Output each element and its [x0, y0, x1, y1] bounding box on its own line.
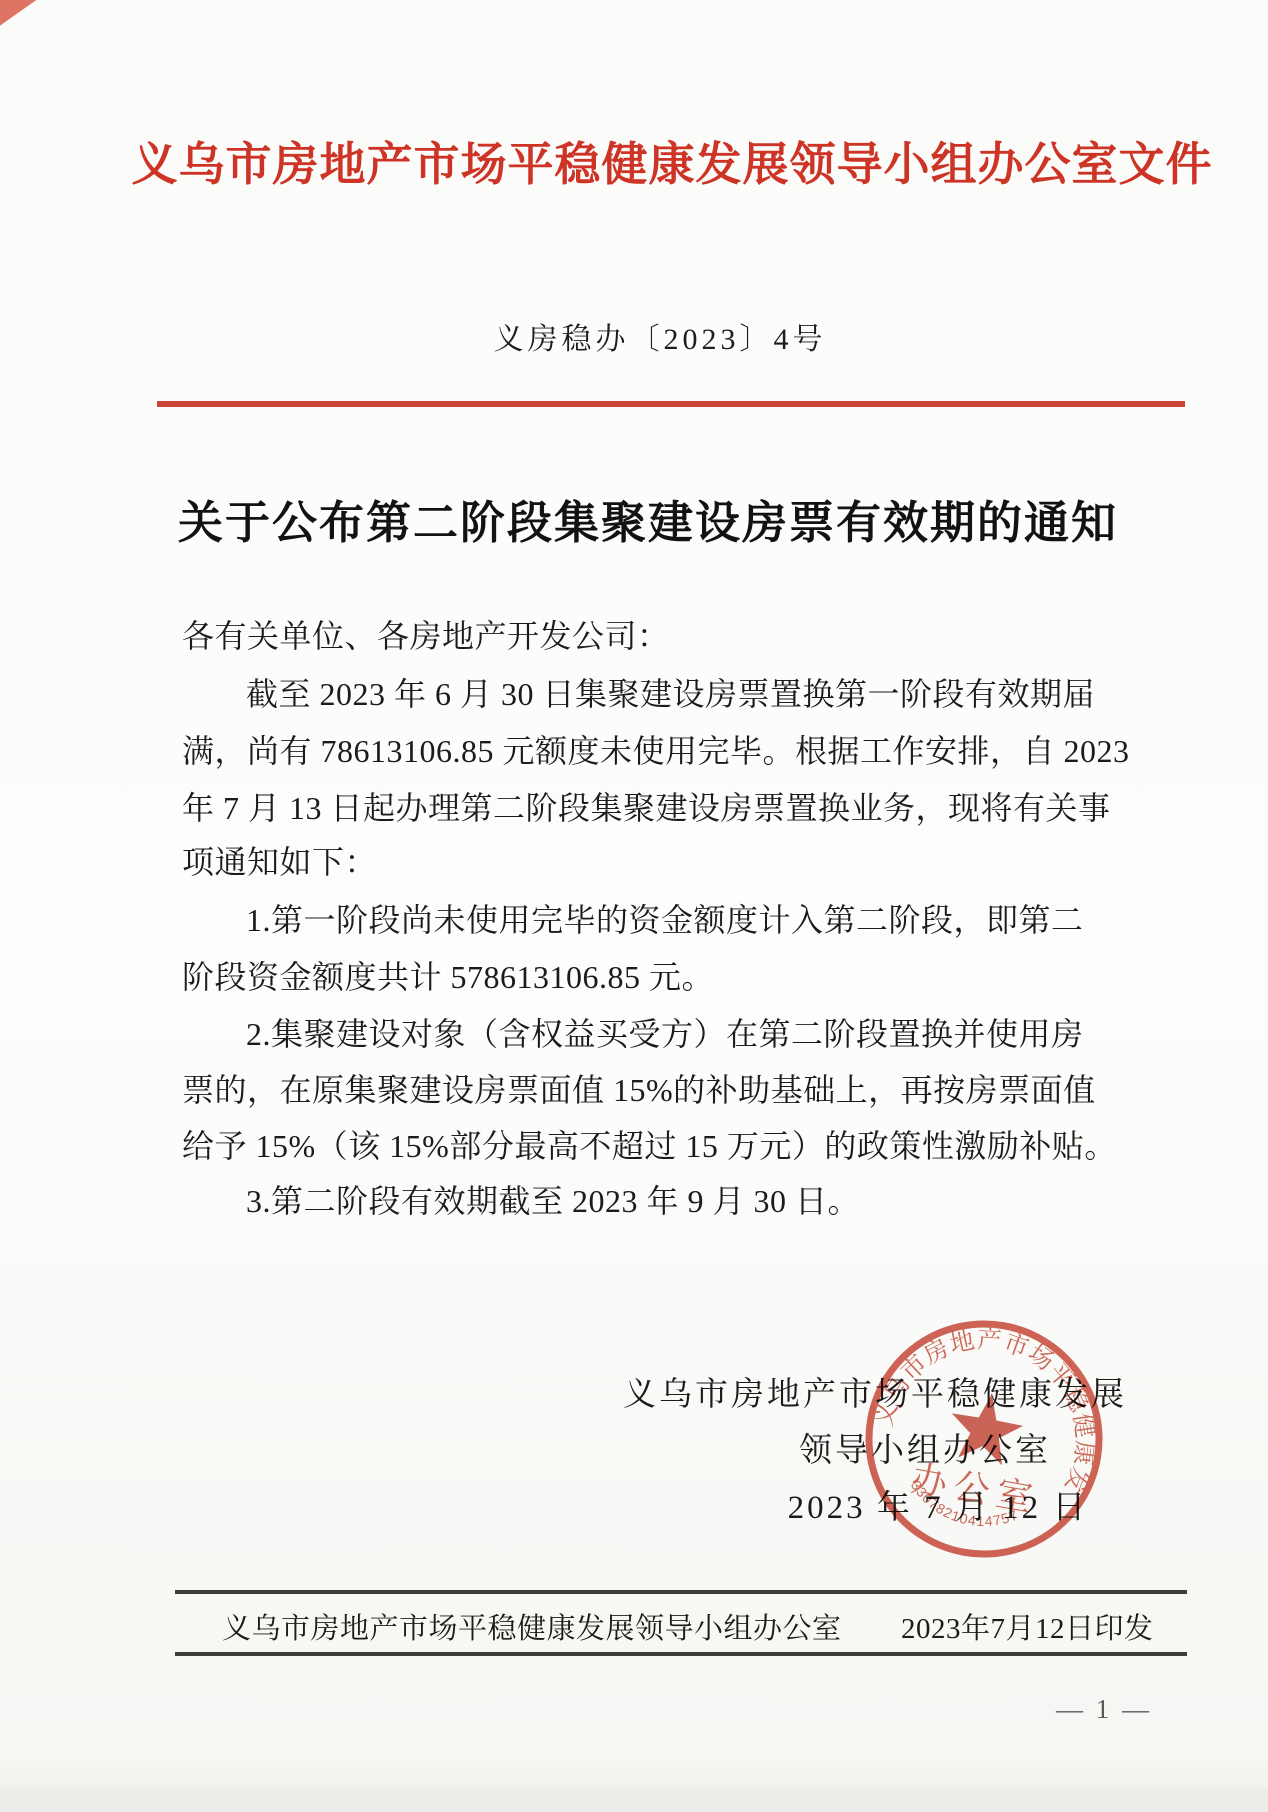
footer-issuer: 义乌市房地产市场平稳健康发展领导小组办公室 — [222, 1606, 842, 1647]
document-number: 义房稳办〔2023〕4号 — [160, 314, 1160, 358]
document-page: 义乌市房地产市场平稳健康发展领导小组办公室文件 义房稳办〔2023〕4号 关于公… — [0, 0, 1268, 1812]
salutation: 各有关单位、各房地产开发公司： — [182, 616, 1122, 656]
seal-star-icon — [945, 1387, 1028, 1467]
page-number: — 1 — — [1056, 1694, 1152, 1725]
body-line: 3.第二阶段有效期截至 2023 年 9 月 30 日。 — [182, 1181, 1186, 1221]
scan-bottom-band-artifact — [0, 1790, 1268, 1812]
red-divider-rule — [157, 401, 1185, 407]
body-line: 年 7 月 13 日起办理第二阶段集聚建设房票置换业务，现将有关事 — [182, 788, 1122, 828]
official-seal: 义乌市房地产市场平稳健康发展领导小组 办公室 33078210414757 — [861, 1316, 1107, 1562]
body-line: 给予 15%（该 15%部分最高不超过 15 万元）的政策性激励补贴。 — [182, 1126, 1122, 1166]
body-line: 2.集聚建设对象（含权益买受方）在第二阶段置换并使用房 — [182, 1014, 1186, 1054]
body-line: 截至 2023 年 6 月 30 日集聚建设房票置换第一阶段有效期届 — [182, 674, 1186, 714]
body-line: 阶段资金额度共计 578613106.85 元。 — [182, 957, 1122, 997]
body-line: 1.第一阶段尚未使用完毕的资金额度计入第二阶段，即第二 — [182, 900, 1186, 940]
scan-red-corner-artifact — [0, 0, 41, 38]
footer-print-date: 2023年7月12日印发 — [901, 1606, 1154, 1647]
body-line: 票的，在原集聚建设房票面值 15%的补助基础上，再按房票面值 — [182, 1070, 1122, 1110]
footer-bottom-rule — [175, 1652, 1187, 1656]
notice-title: 关于公布第二阶段集聚建设房票有效期的通知 — [96, 486, 1200, 551]
footer-top-rule — [175, 1590, 1187, 1594]
document-header-title: 义乌市房地产市场平稳健康发展领导小组办公室文件 — [90, 128, 1254, 194]
body-line: 满，尚有 78613106.85 元额度未使用完毕。根据工作安排，自 2023 — [182, 731, 1122, 771]
body-line: 项通知如下： — [182, 842, 1122, 882]
